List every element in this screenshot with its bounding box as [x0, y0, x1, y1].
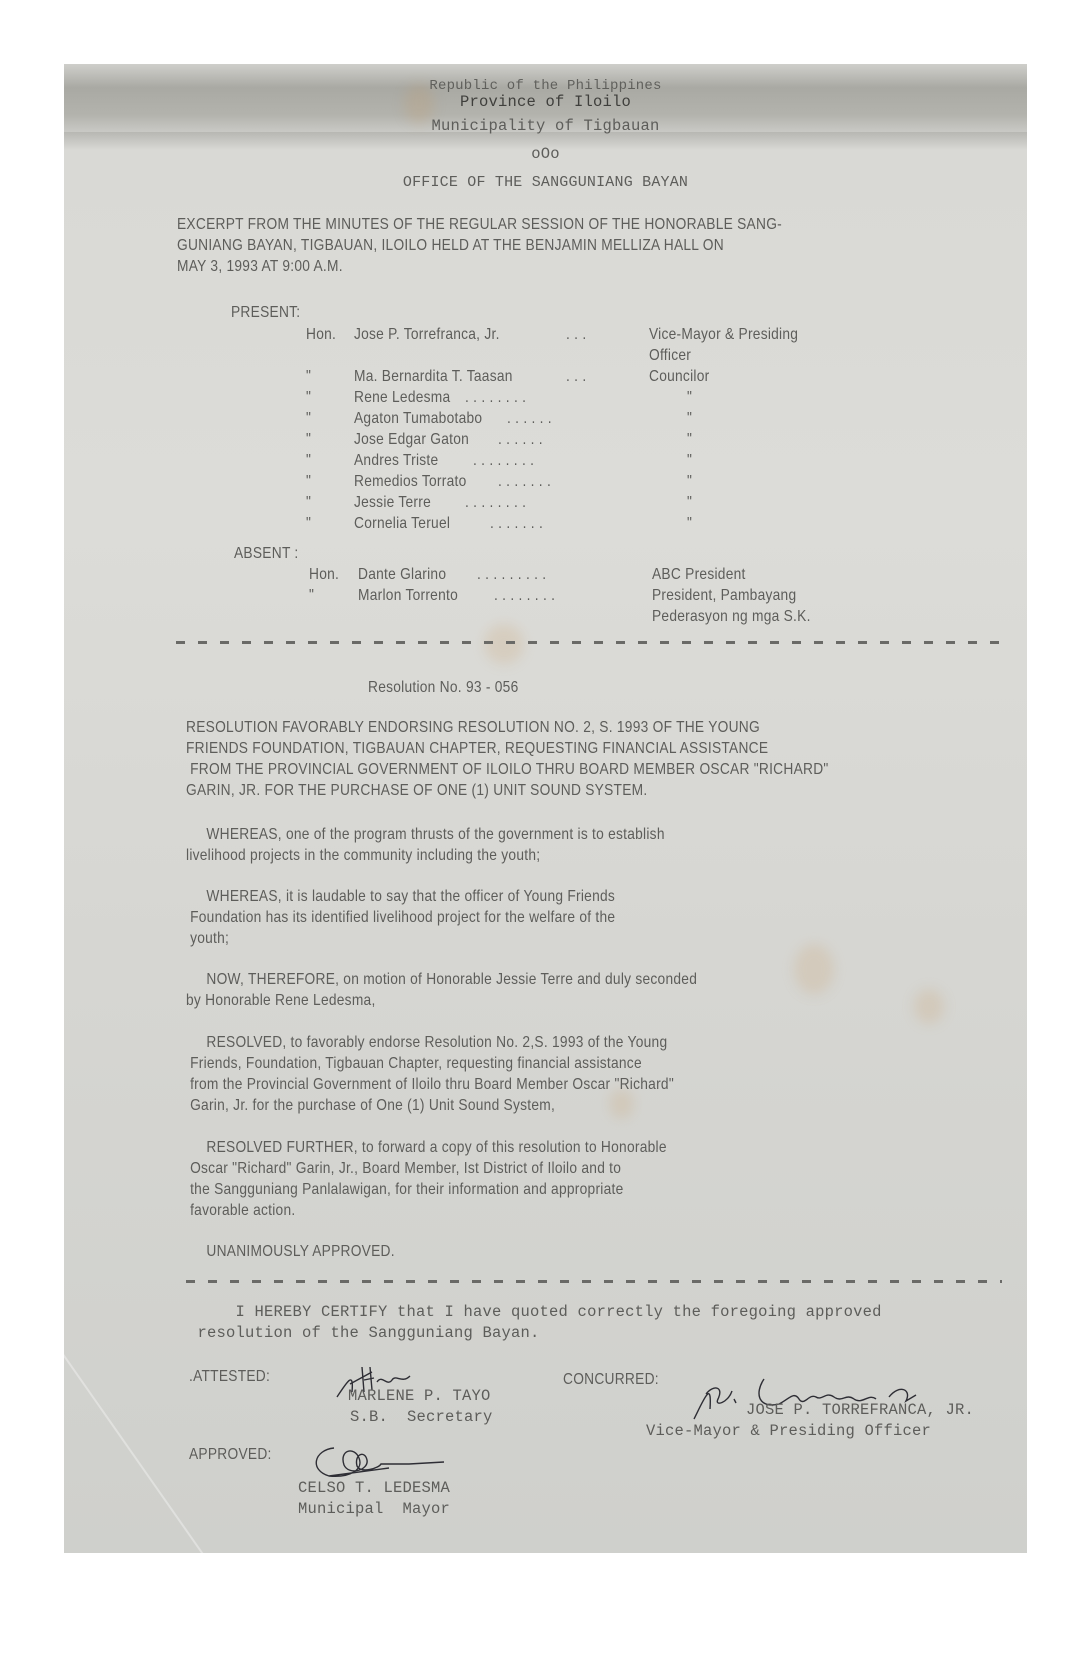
member-prefix: ": [306, 366, 311, 387]
member-name: Andres Triste: [354, 450, 438, 471]
header-municipality: Municipality of Tigbauan: [64, 116, 1027, 137]
member-name: Jessie Terre: [354, 492, 431, 513]
excerpt-line: MAY 3, 1993 AT 9:00 A.M.: [177, 256, 343, 277]
member-prefix: ": [306, 513, 311, 534]
member-position: ": [687, 492, 692, 513]
member-name: Rene Ledesma: [354, 387, 450, 408]
document-page: Republic of the Philippines Province of …: [64, 64, 1027, 1553]
member-prefix: ": [306, 471, 311, 492]
member-name: Remedios Torrato: [354, 471, 466, 492]
member-leader-dots: . . . . . . . .: [465, 492, 526, 513]
now-therefore: NOW, THEREFORE, on motion of Honorable J…: [186, 969, 697, 990]
member-position: ABC President: [652, 564, 746, 585]
present-label: PRESENT:: [231, 302, 300, 323]
member-position-cont: Pederasyon ng mga S.K.: [652, 606, 811, 627]
member-leader-dots: . . . . . . . .: [473, 450, 534, 471]
resolved: Garin, Jr. for the purchase of One (1) U…: [186, 1095, 555, 1116]
resolved-further: the Sangguniang Panlalawigan, for their …: [186, 1179, 624, 1200]
member-prefix: Hon.: [309, 564, 339, 585]
resolved: from the Provincial Government of Iloilo…: [186, 1074, 674, 1095]
attested-label: .ATTESTED:: [189, 1366, 270, 1387]
header-ornament: oOo: [64, 144, 1027, 165]
whereas-2: youth;: [186, 928, 229, 949]
member-prefix: ": [309, 585, 314, 606]
secretary-name: MARLENE P. TAYO: [348, 1386, 491, 1407]
member-position: ": [687, 387, 692, 408]
resolved: Friends, Foundation, Tigbauan Chapter, r…: [186, 1053, 642, 1074]
member-position: ": [687, 450, 692, 471]
member-leader-dots: . . .: [566, 366, 586, 387]
member-leader-dots: . . . . . . . .: [465, 387, 526, 408]
member-position: Vice-Mayor & Presiding: [649, 324, 798, 345]
mayor-title: Municipal Mayor: [298, 1499, 450, 1520]
resolved-further: favorable action.: [186, 1200, 295, 1221]
mayor-name: CELSO T. LEDESMA: [298, 1478, 450, 1499]
approved-label: APPROVED:: [189, 1444, 272, 1465]
excerpt-line: EXCERPT FROM THE MINUTES OF THE REGULAR …: [177, 214, 782, 235]
now-therefore: by Honorable Rene Ledesma,: [186, 990, 376, 1011]
resolution-title-line: FROM THE PROVINCIAL GOVERNMENT OF ILOILO…: [186, 759, 829, 780]
resolution-title-line: FRIENDS FOUNDATION, TIGBAUAN CHAPTER, RE…: [186, 738, 768, 759]
divider: [186, 1280, 1002, 1283]
resolution-title-line: GARIN, JR. FOR THE PURCHASE OF ONE (1) U…: [186, 780, 647, 801]
vice-mayor-name: JOSE P. TORREFRANCA, JR.: [746, 1400, 974, 1421]
member-leader-dots: . . . . . .: [498, 429, 543, 450]
divider: [176, 641, 1002, 644]
mayor-signature: [309, 1440, 459, 1480]
member-leader-dots: . . . . . . .: [490, 513, 543, 534]
member-position: Councilor: [649, 366, 709, 387]
whereas-2: WHEREAS, it is laudable to say that the …: [186, 886, 615, 907]
member-name: Cornelia Teruel: [354, 513, 450, 534]
member-prefix: Hon.: [306, 324, 336, 345]
absent-label: ABSENT :: [234, 543, 299, 564]
resolved-further: RESOLVED FURTHER, to forward a copy of t…: [186, 1137, 667, 1158]
member-position: President, Pambayang: [652, 585, 796, 606]
certification: I HEREBY CERTIFY that I have quoted corr…: [188, 1302, 882, 1323]
whereas-1: WHEREAS, one of the program thrusts of t…: [186, 824, 665, 845]
header-province: Province of Iloilo: [64, 92, 1027, 113]
member-prefix: ": [306, 408, 311, 429]
member-position-cont: Officer: [649, 345, 691, 366]
whereas-1: livelihood projects in the community inc…: [186, 845, 540, 866]
member-position: ": [687, 513, 692, 534]
resolution-title-line: RESOLUTION FAVORABLY ENDORSING RESOLUTIO…: [186, 717, 760, 738]
member-leader-dots: . . . . . .: [507, 408, 552, 429]
secretary-title: S.B. Secretary: [350, 1407, 493, 1428]
resolved: RESOLVED, to favorably endorse Resolutio…: [186, 1032, 667, 1053]
member-prefix: ": [306, 387, 311, 408]
member-name: Ma. Bernardita T. Taasan: [354, 366, 513, 387]
member-position: ": [687, 471, 692, 492]
member-name: Dante Glarino: [358, 564, 446, 585]
excerpt-line: GUNIANG BAYAN, TIGBAUAN, ILOILO HELD AT …: [177, 235, 724, 256]
member-position: ": [687, 429, 692, 450]
member-name: Agaton Tumabotabo: [354, 408, 482, 429]
member-name: Jose Edgar Gaton: [354, 429, 469, 450]
member-position: ": [687, 408, 692, 429]
member-prefix: ": [306, 429, 311, 450]
member-leader-dots: . . . . . . . .: [494, 585, 555, 606]
vice-mayor-title: Vice-Mayor & Presiding Officer: [646, 1421, 931, 1442]
certification: resolution of the Sangguniang Bayan.: [188, 1323, 540, 1344]
resolved-further: Oscar "Richard" Garin, Jr., Board Member…: [186, 1158, 621, 1179]
member-leader-dots: . . . . . . .: [498, 471, 551, 492]
member-leader-dots: . . . . . . . . .: [477, 564, 546, 585]
resolution-number: Resolution No. 93 - 056: [368, 677, 519, 698]
unanimously-approved: UNANIMOUSLY APPROVED.: [186, 1241, 395, 1262]
whereas-2: Foundation has its identified livelihood…: [186, 907, 615, 928]
member-name: Marlon Torrento: [358, 585, 458, 606]
member-name: Jose P. Torrefranca, Jr.: [354, 324, 500, 345]
member-prefix: ": [306, 492, 311, 513]
concurred-label: CONCURRED:: [563, 1369, 659, 1390]
member-prefix: ": [306, 450, 311, 471]
member-leader-dots: . . .: [566, 324, 586, 345]
header-office: OFFICE OF THE SANGGUNIANG BAYAN: [64, 172, 1027, 193]
